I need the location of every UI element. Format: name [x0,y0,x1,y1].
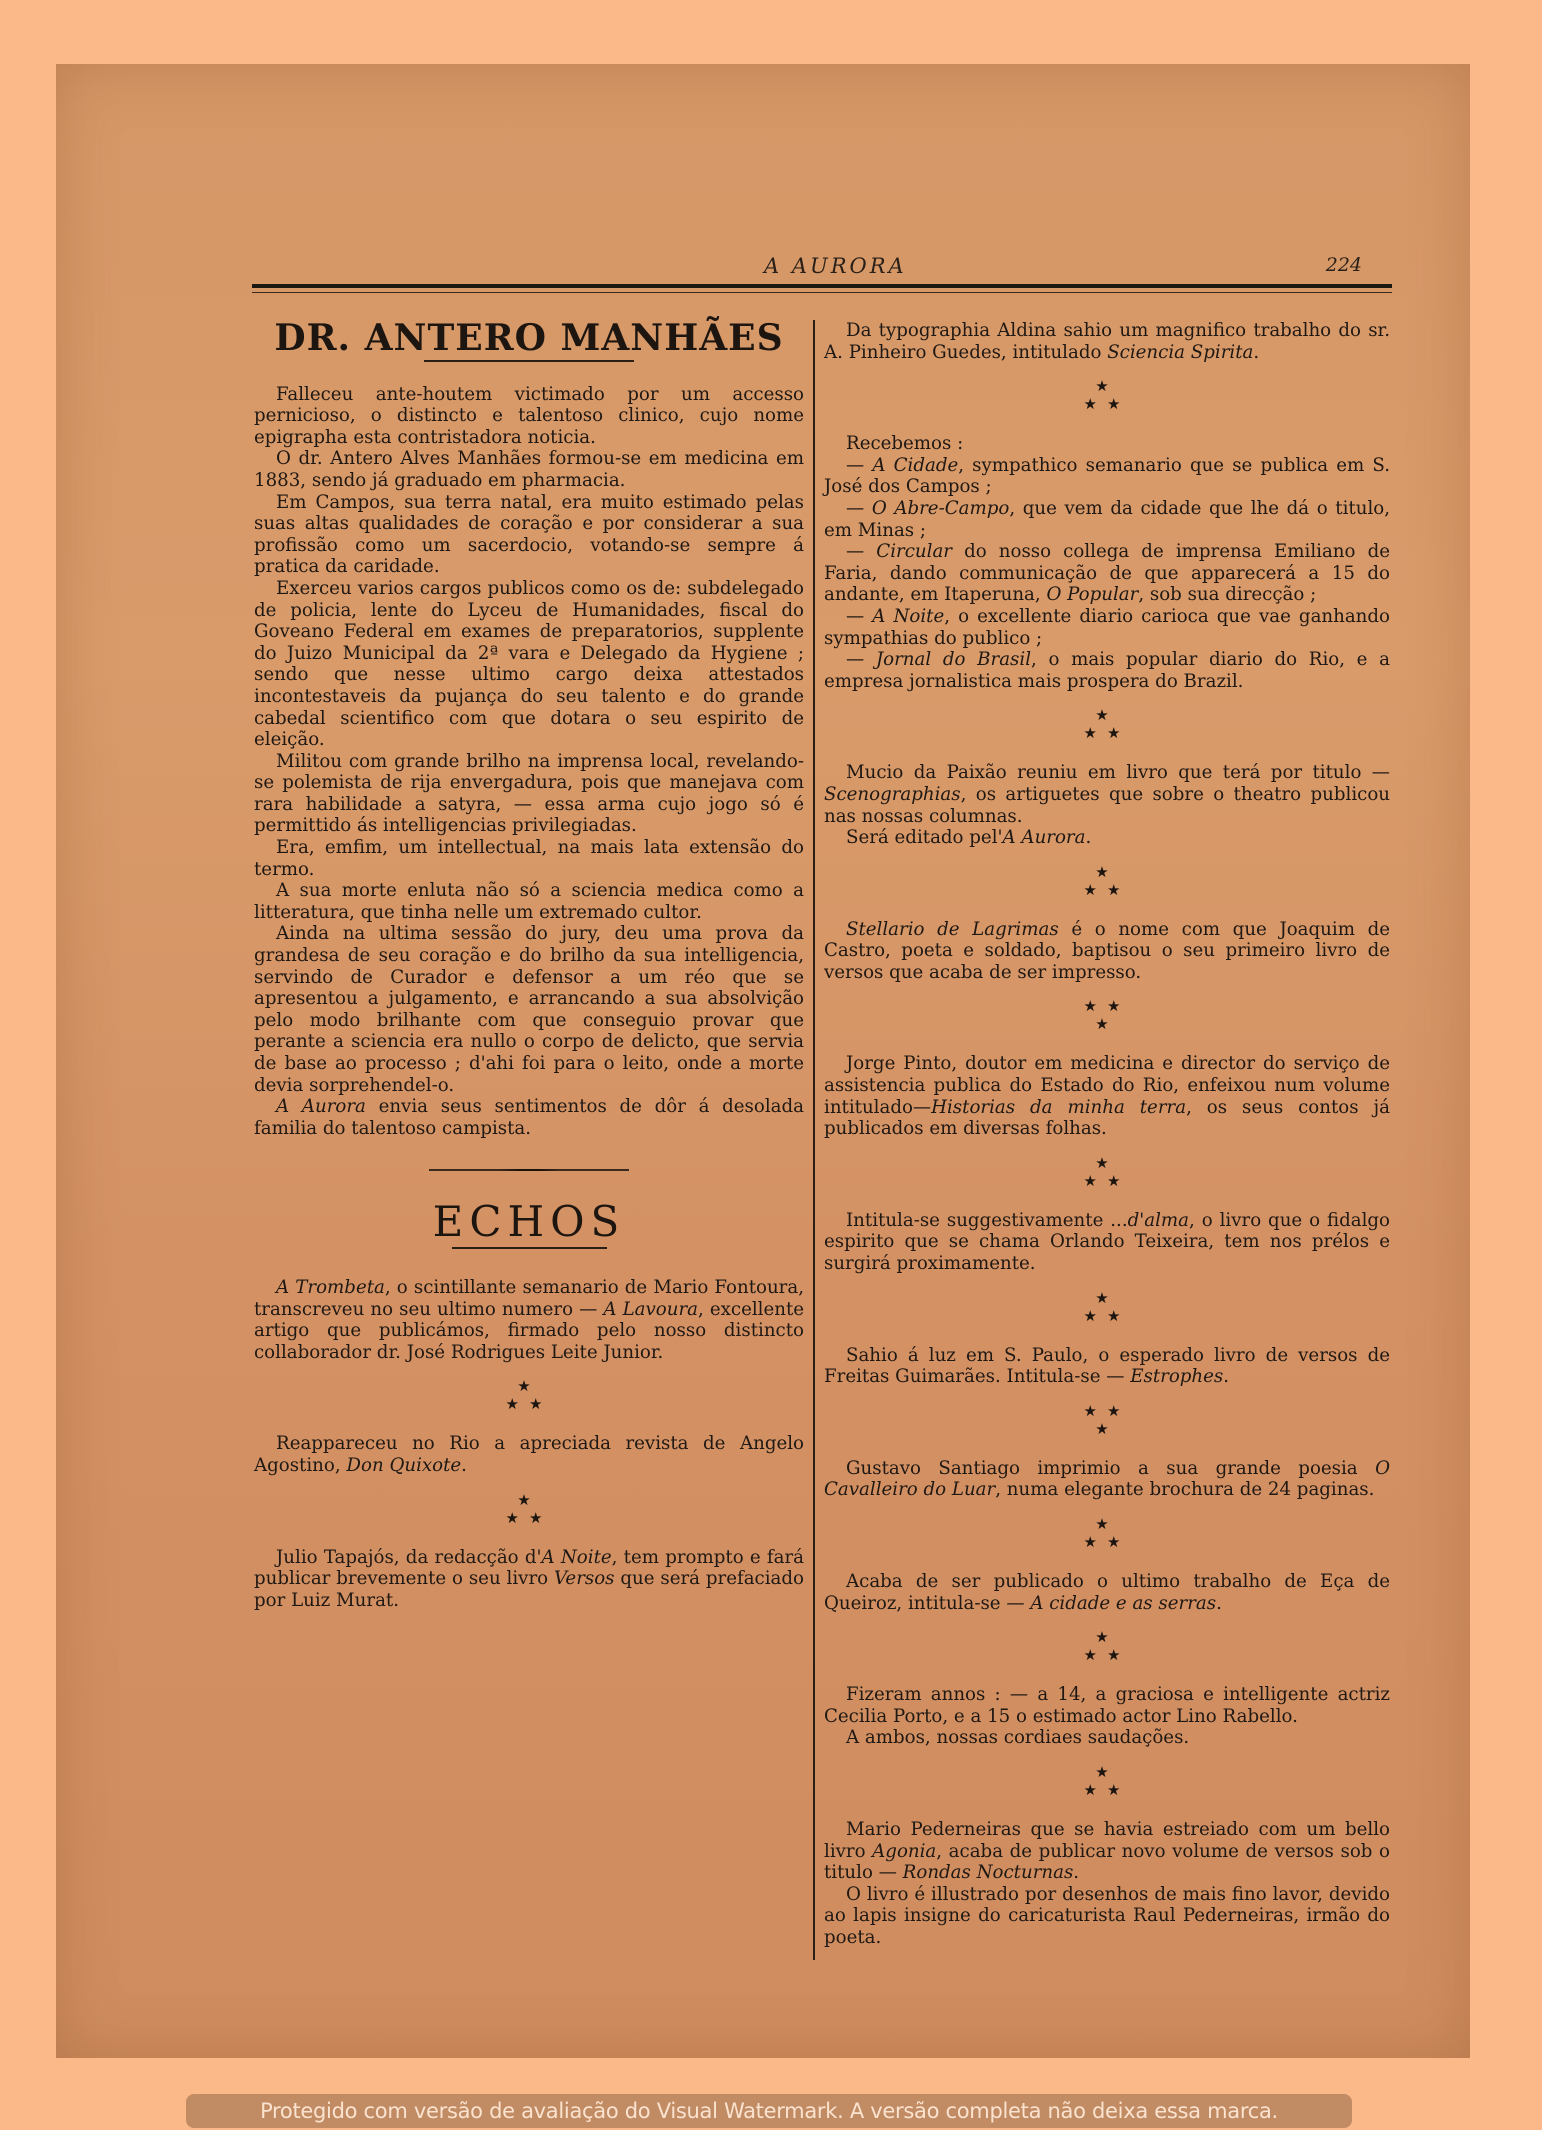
header-rule-thin [252,292,1392,293]
news-items: Da typographia Aldina sahio um magnifico… [824,320,1390,1949]
obituary-paragraph: Em Campos, sua terra natal, era muito es… [254,492,804,578]
star-icon: ★★ [824,395,1390,413]
news-paragraph: — Jornal do Brasil, o mais popular diari… [824,649,1390,692]
page-number: 224 [1326,254,1362,276]
news-paragraph: — O Abre-Campo, que vem da cidade que lh… [824,498,1390,541]
news-paragraph: Stellario de Lagrimas é o nome com que J… [824,919,1390,984]
obituary-paragraph: Era, emfim, um intellectual, na mais lat… [254,837,804,880]
star-icon: ★ [824,863,1390,881]
news-paragraph: Jorge Pinto, doutor em medicina e direct… [824,1053,1390,1139]
star-icon: ★ [824,1154,1390,1172]
star-icon: ★★ [824,881,1390,899]
echo-item: A Trombeta, o scintillante semanario de … [254,1277,804,1363]
star-icon: ★★ [824,1172,1390,1190]
news-paragraph: Fizeram annos : — a 14, a graciosa e int… [824,1684,1390,1727]
news-paragraph: Sahio á luz em S. Paulo, o esperado livr… [824,1345,1390,1388]
ornament-rule [429,1169,629,1171]
star-icon: ★ [824,1628,1390,1646]
asterism-separator: ★★★ [824,997,1390,1033]
news-paragraph: Recebemos : [824,433,1390,455]
news-paragraph: — A Cidade, sympathico semanario que se … [824,455,1390,498]
asterism-separator: ★★★ [824,1402,1390,1438]
star-icon: ★★ [824,724,1390,742]
asterism-separator: ★★★ [824,1515,1390,1551]
star-icon: ★★ [824,1781,1390,1799]
asterism-separator: ★★★ [254,1491,804,1527]
asterism-separator: ★★★ [824,863,1390,899]
news-paragraph: A ambos, nossas cordiaes saudações. [824,1727,1390,1749]
star-icon: ★★ [254,1395,804,1413]
echo-item: Julio Tapajós, da redacção d'A Noite, te… [254,1547,804,1612]
news-paragraph: — A Noite, o excellente diario carioca q… [824,606,1390,649]
news-paragraph: Mucio da Paixão reuniu em livro que terá… [824,762,1390,827]
obituary-paragraph: Falleceu ante-houtem victimado por um ac… [254,384,804,449]
left-column: DR. ANTERO MANHÃES Falleceu ante-houtem … [254,320,804,1611]
star-icon: ★★ [824,1402,1390,1420]
news-paragraph: Da typographia Aldina sahio um magnifico… [824,320,1390,363]
star-icon: ★ [824,377,1390,395]
news-paragraph: Mario Pederneiras que se havia estreiado… [824,1819,1390,1884]
obituary-closing: A Aurora envia seus sentimentos de dôr á… [254,1096,804,1139]
column-divider [813,320,815,1960]
star-icon: ★ [254,1491,804,1509]
obituary-paragraph: Ainda na ultima sessão do jury, deu uma … [254,923,804,1096]
obituary-title: DR. ANTERO MANHÃES [254,328,804,350]
star-icon: ★ [824,1515,1390,1533]
header-rule [252,284,1392,288]
asterism-separator: ★★★ [824,1289,1390,1325]
obituary-body: Falleceu ante-houtem victimado por um ac… [254,384,804,1097]
watermark-notice: Protegido com versão de avaliação do Vis… [186,2094,1352,2128]
news-paragraph: Intitula-se suggestivamente ...d'alma, o… [824,1210,1390,1275]
star-icon: ★★ [824,997,1390,1015]
star-icon: ★★ [824,1533,1390,1551]
asterism-separator: ★★★ [824,1154,1390,1190]
star-icon: ★★ [254,1509,804,1527]
obituary-paragraph: Militou com grande brilho na imprensa lo… [254,751,804,837]
echos-title: ECHOS [254,1211,804,1233]
news-paragraph: — Circular do nosso collega de imprensa … [824,541,1390,606]
asterism-separator: ★★★ [254,1377,804,1413]
obituary-paragraph: A sua morte enluta não só a sciencia med… [254,880,804,923]
echo-item: Reappareceu no Rio a apreciada revista d… [254,1433,804,1476]
star-icon: ★ [824,1289,1390,1307]
star-icon: ★★ [824,1307,1390,1325]
asterism-separator: ★★★ [824,1763,1390,1799]
star-icon: ★ [824,706,1390,724]
star-icon: ★ [824,1763,1390,1781]
star-icon: ★★ [824,1646,1390,1664]
news-paragraph: Será editado pel'A Aurora. [824,827,1390,849]
news-paragraph: O livro é illustrado por desenhos de mai… [824,1884,1390,1949]
star-icon: ★ [824,1015,1390,1033]
asterism-separator: ★★★ [824,706,1390,742]
echos-body: A Trombeta, o scintillante semanario de … [254,1277,804,1611]
echos-rule [452,1247,607,1249]
obituary-paragraph: Exerceu varios cargos publicos como os d… [254,578,804,751]
obituary-paragraph: O dr. Antero Alves Manhães formou-se em … [254,448,804,491]
news-paragraph: Gustavo Santiago imprimio a sua grande p… [824,1458,1390,1501]
running-head: A AURORA 224 [252,254,1392,294]
star-icon: ★ [824,1420,1390,1438]
asterism-separator: ★★★ [824,1628,1390,1664]
asterism-separator: ★★★ [824,377,1390,413]
running-title: A AURORA [764,254,907,278]
right-column: Da typographia Aldina sahio um magnifico… [824,320,1390,1949]
star-icon: ★ [254,1377,804,1395]
news-paragraph: Acaba de ser publicado o ultimo trabalho… [824,1571,1390,1614]
title-rule [424,360,634,362]
